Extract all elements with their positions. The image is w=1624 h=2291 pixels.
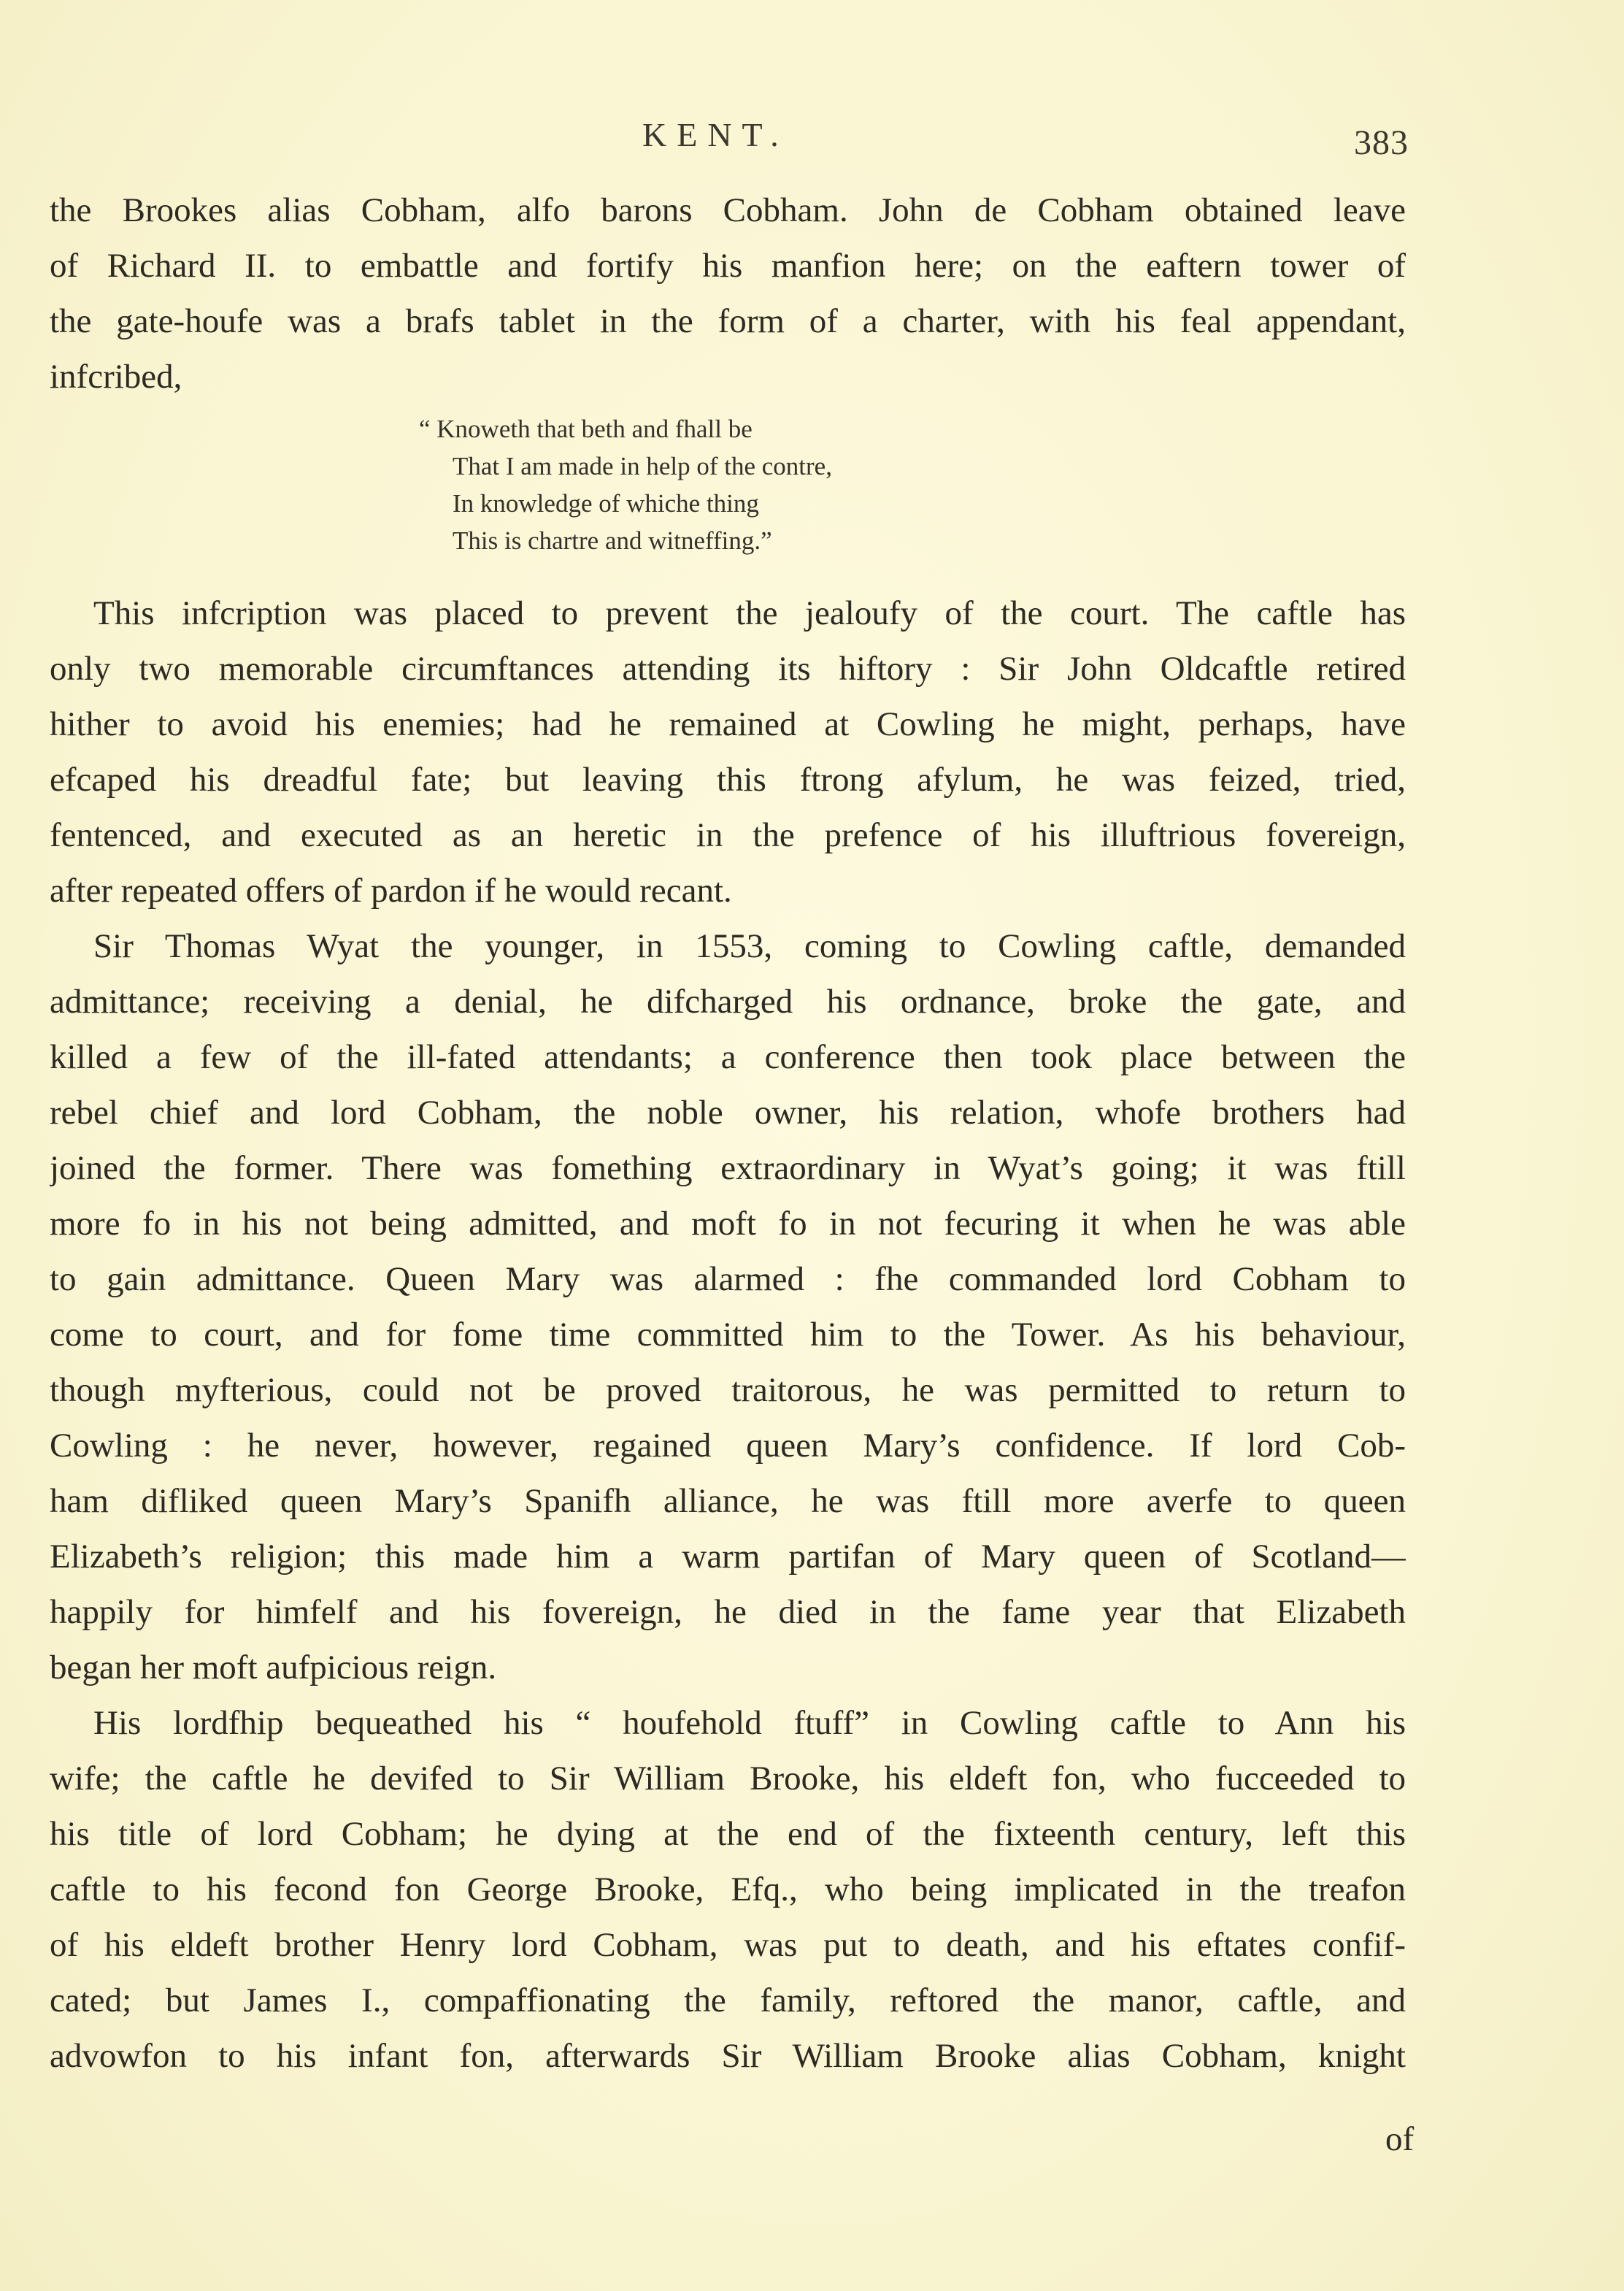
text-line: of his eldeft brother Henry lord Cobham,…	[50, 1917, 1406, 1973]
text-line: joined the former. There was fomething e…	[50, 1140, 1406, 1196]
text-line: ham difliked queen Mary’s Spanifh allian…	[50, 1473, 1406, 1529]
text-line: caftle to his fecond fon George Brooke, …	[50, 1862, 1406, 1917]
verse-line: In knowledge of whiche thing	[453, 485, 963, 522]
text-line: of Richard II. to embattle and fortify h…	[50, 238, 1406, 293]
text-line: his title of lord Cobham; he dying at th…	[50, 1806, 1406, 1862]
text-line: the Brookes alias Cobham, alfo barons Co…	[50, 183, 1406, 238]
text-line: come to court, and for fome time committ…	[50, 1307, 1406, 1362]
text-line: Sir Thomas Wyat the younger, in 1553, co…	[50, 918, 1406, 974]
inscription-verse: “ Knoweth that beth and fhall be That I …	[453, 404, 963, 586]
text-line: His lordfhip bequeathed his “ houfehold …	[50, 1695, 1406, 1751]
paragraph-wyat: Sir Thomas Wyat the younger, in 1553, co…	[50, 918, 1406, 1695]
text-line: though myfterious, could not be proved t…	[50, 1362, 1406, 1418]
text-line: Elizabeth’s religion; this made him a wa…	[50, 1529, 1406, 1584]
verse-line: That I am made in help of the contre,	[453, 448, 963, 485]
book-page: KENT. 383 the Brookes alias Cobham, alfo…	[0, 0, 1624, 2291]
verse-line: “ Knoweth that beth and fhall be	[419, 410, 963, 448]
text-line: happily for himfelf and his fovereign, h…	[50, 1584, 1406, 1640]
running-title: KENT.	[642, 115, 789, 154]
text-line: after repeated offers of pardon if he wo…	[50, 863, 1406, 918]
catchword: of	[1385, 2117, 1414, 2161]
running-head: KENT. 383	[0, 110, 1624, 161]
text-line: hither to avoid his enemies; had he rema…	[50, 696, 1406, 752]
opening-paragraph: the Brookes alias Cobham, alfo barons Co…	[50, 183, 1406, 404]
text-line: efcaped his dreadful fate; but leaving t…	[50, 752, 1406, 807]
text-line: cated; but James I., compaffionating the…	[50, 1973, 1406, 2028]
text-line: fentenced, and executed as an heretic in…	[50, 807, 1406, 863]
text-line: advowfon to his infant fon, afterwards S…	[50, 2028, 1406, 2084]
text-line: more fo in his not being admitted, and m…	[50, 1196, 1406, 1251]
paragraph-inscription-purpose: This infcription was placed to prevent t…	[50, 586, 1406, 918]
text-line: infcribed,	[50, 349, 1406, 404]
paragraph-bequest: His lordfhip bequeathed his “ houfehold …	[50, 1695, 1406, 2084]
body-text: the Brookes alias Cobham, alfo barons Co…	[50, 183, 1406, 2084]
text-line: rebel chief and lord Cobham, the noble o…	[50, 1085, 1406, 1140]
text-line: the gate-houfe was a brafs tablet in the…	[50, 293, 1406, 349]
text-line: Cowling : he never, however, regained qu…	[50, 1418, 1406, 1473]
text-line: began her moft aufpicious reign.	[50, 1640, 1406, 1695]
text-line: killed a few of the ill-fated attendants…	[50, 1029, 1406, 1085]
text-line: wife; the caftle he devifed to Sir Willi…	[50, 1751, 1406, 1806]
verse-line: This is chartre and witneffing.”	[453, 522, 963, 559]
text-line: to gain admittance. Queen Mary was alarm…	[50, 1251, 1406, 1307]
page-number: 383	[1354, 123, 1409, 163]
text-line: only two memorable circumftances attendi…	[50, 641, 1406, 696]
text-line: This infcription was placed to prevent t…	[50, 586, 1406, 641]
text-line: admittance; receiving a denial, he difch…	[50, 974, 1406, 1029]
